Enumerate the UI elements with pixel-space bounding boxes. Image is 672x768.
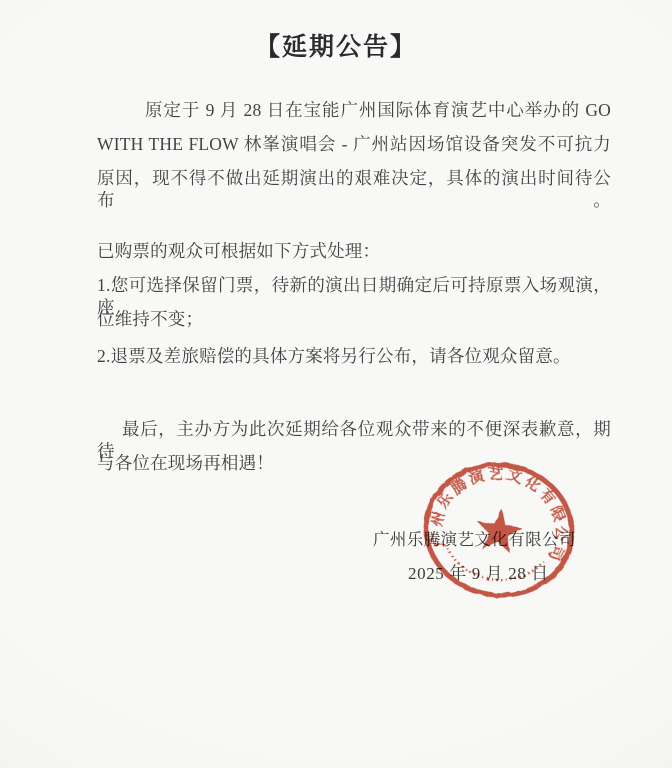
body-line-8: 最后，主办方为此次延期给各位观众带来的不便深表歉意，期待 bbox=[97, 418, 611, 440]
body-line-4: 已购票的观众可根据如下方式处理： bbox=[97, 240, 611, 262]
page-title: 【延期公告】 bbox=[0, 27, 672, 63]
body-line-6: 位维持不变； bbox=[97, 308, 611, 330]
body-line-7: 2.退票及差旅赔偿的具体方案将另行公布，请各位观众留意。 bbox=[97, 345, 611, 367]
announcement-document: 【延期公告】 原定于 9 月 28 日在宝能广州国际体育演艺中心举办的 GO W… bbox=[0, 0, 672, 768]
body-line-5: 1.您可选择保留门票，待新的演出日期确定后可持原票入场观演，座 bbox=[97, 274, 611, 296]
company-seal: 广州乐腾演艺文化有限公司 bbox=[411, 448, 587, 612]
body-line-3: 原因，现不得不做出延期演出的艰难决定，具体的演出时间待公布。 bbox=[97, 167, 611, 189]
body-line-1: 原定于 9 月 28 日在宝能广州国际体育演艺中心举办的 GO bbox=[97, 99, 611, 121]
body-line-2: WITH THE FLOW 林峯演唱会 - 广州站因场馆设备突发不可抗力 bbox=[97, 133, 611, 155]
seal-star-icon bbox=[473, 505, 524, 554]
